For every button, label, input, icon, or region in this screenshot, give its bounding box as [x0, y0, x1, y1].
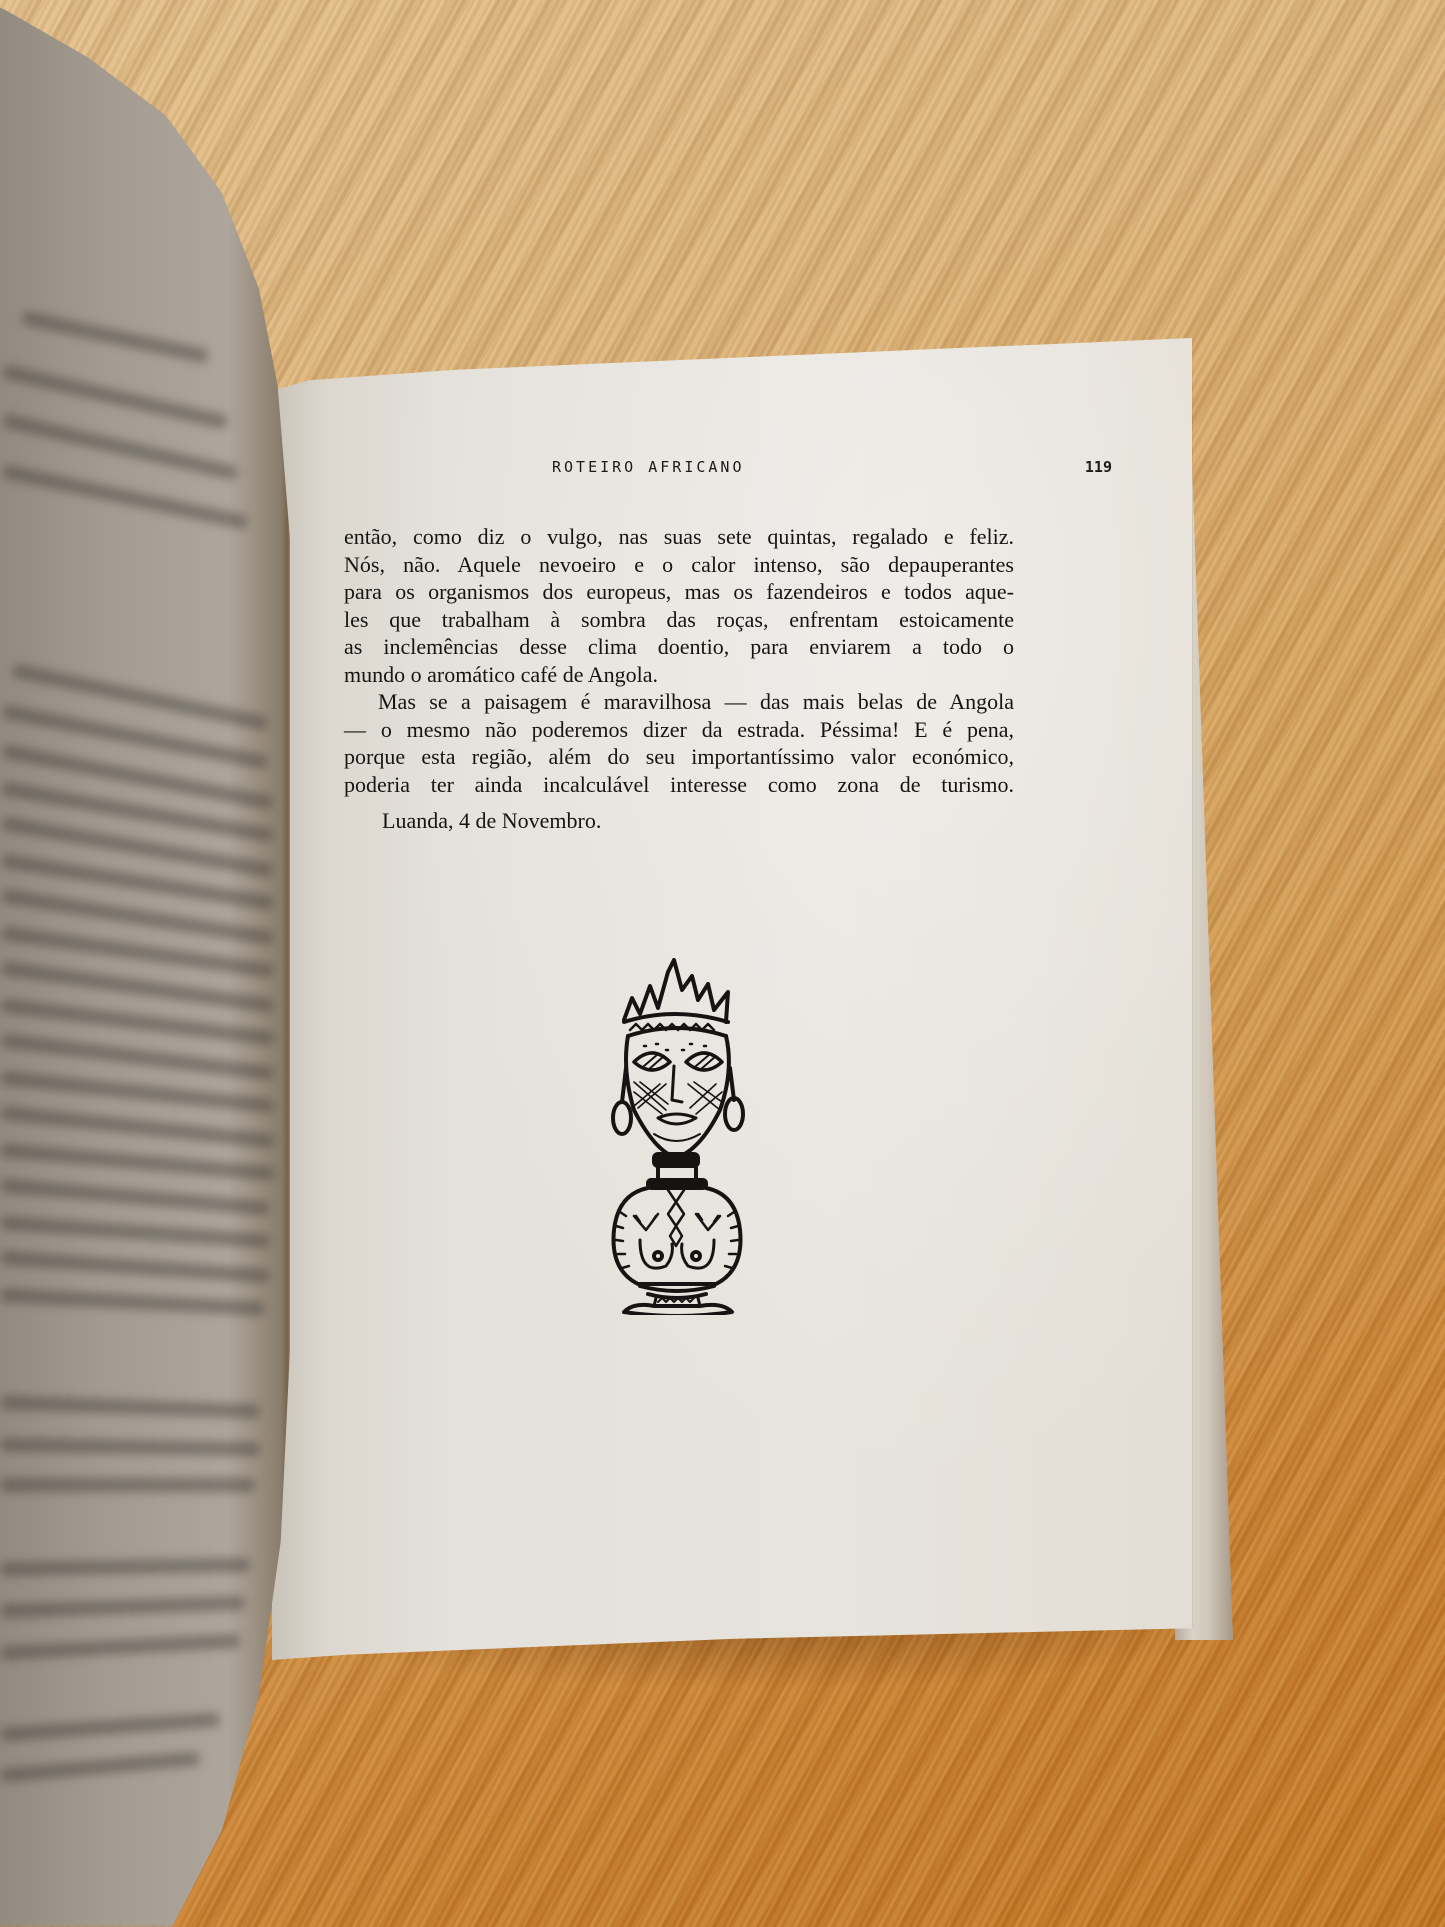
text-line: Mas se a paisagem é maravilhosa — das ma…	[344, 688, 1014, 716]
text-line: mundo o aromático café de Angola.	[344, 661, 1014, 689]
text-line: les que trabalham à sombra das roças, en…	[344, 606, 1014, 634]
signoff-place-date: Luanda, 4 de Novembro.	[382, 808, 601, 834]
text-line: porque esta região, além do seu importan…	[344, 743, 1014, 771]
running-header: ROTEIRO AFRICANO 119	[552, 458, 1112, 476]
text-line: poderia ter ainda incalculável interesse…	[344, 771, 1014, 799]
text-line: — o mesmo não poderemos dizer da estrada…	[344, 716, 1014, 744]
african-bust-illustration	[604, 950, 754, 1315]
page-number: 119	[1085, 458, 1112, 476]
text-line: as inclemências desse clima doentio, par…	[344, 633, 1014, 661]
running-head-title: ROTEIRO AFRICANO	[552, 458, 745, 476]
text-line: então, como diz o vulgo, nas suas sete q…	[344, 523, 1014, 551]
text-line: Nós, não. Aquele nevoeiro e o calor inte…	[344, 551, 1014, 579]
right-page: ROTEIRO AFRICANO 119 então, como diz o v…	[272, 338, 1192, 1660]
text-line: para os organismos dos europeus, mas os …	[344, 578, 1014, 606]
body-text: então, como diz o vulgo, nas suas sete q…	[344, 523, 1014, 798]
left-page-blurred-text	[0, 0, 290, 1927]
